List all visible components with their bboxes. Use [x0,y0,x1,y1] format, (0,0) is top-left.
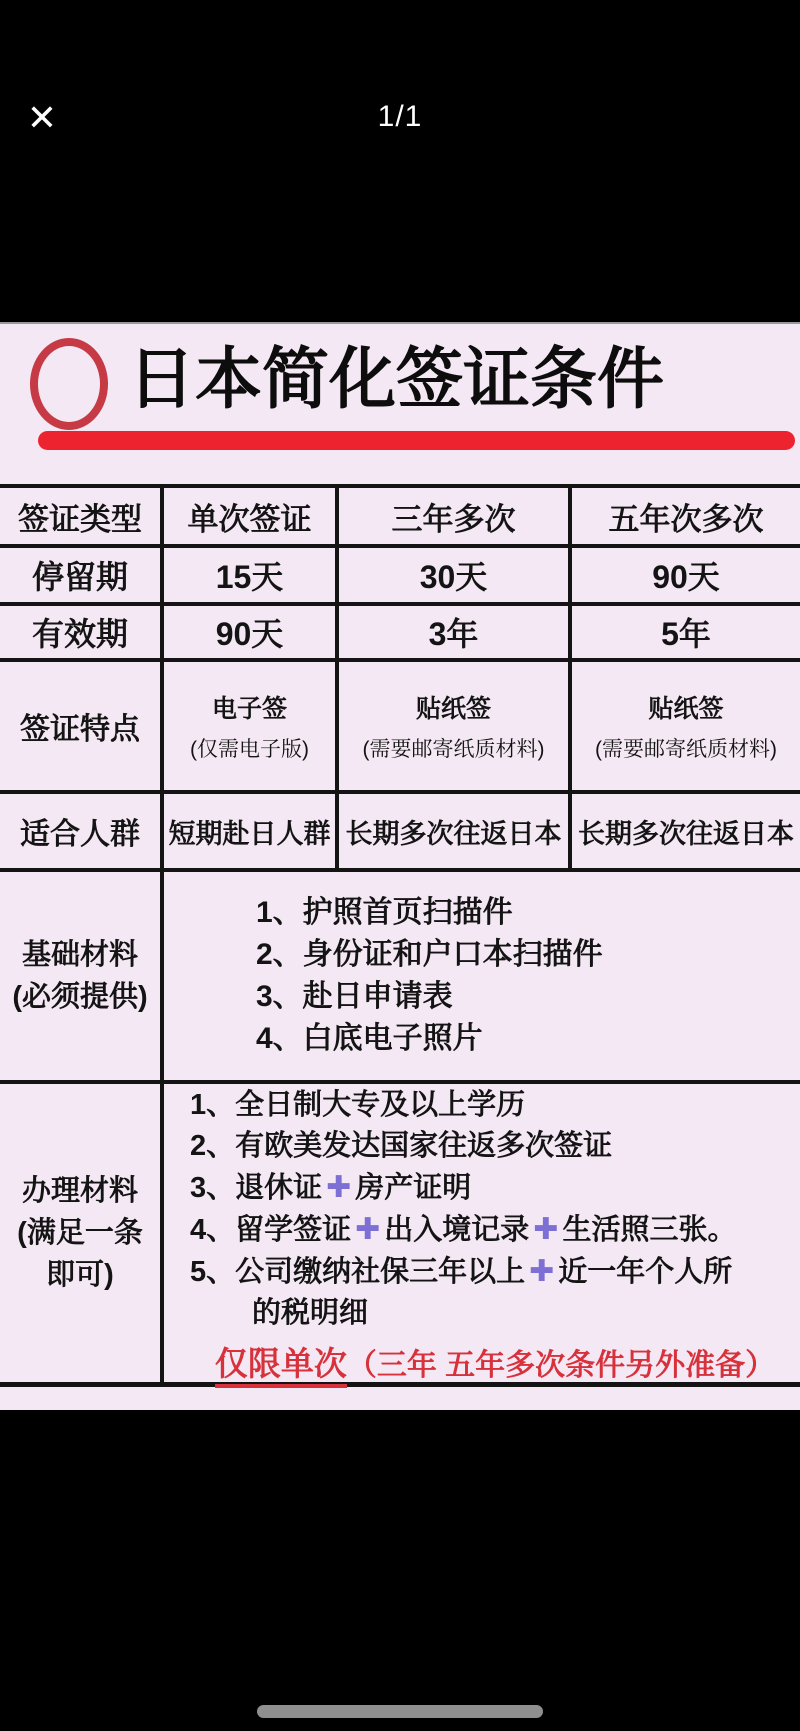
row-label: 签证特点 [0,662,160,790]
viewer-bottom-bar [0,1410,800,1731]
cell-five-year: 五年次多次 [568,488,800,544]
table-row: 适合人群 短期赴日人群 长期多次往返日本 长期多次往返日本 [0,790,800,868]
basic-materials-list: 1、护照首页扫描件 2、身份证和户口本扫描件 3、赴日申请表 4、白底电子照片 [160,872,800,1080]
cell-three-year: 贴纸签 (需要邮寄纸质材料) [335,662,568,790]
note-highlight: 仅限单次 [215,1345,347,1388]
home-indicator[interactable] [257,1705,543,1718]
list-item: 3、退休证✚房产证明 [190,1167,800,1209]
table-row: 基础材料 (必须提供) 1、护照首页扫描件 2、身份证和户口本扫描件 3、赴日申… [0,868,800,1080]
row-label: 基础材料 (必须提供) [0,872,160,1080]
item-text: 3、退休证 [190,1172,322,1204]
feature-sub: (需要邮寄纸质材料) [595,733,777,763]
item-text: 生活照三张。 [562,1214,736,1246]
feature-main: 贴纸签 [648,689,723,725]
plus-icon: ✚ [322,1171,355,1204]
row-label: 办理材料 (满足一条 即可) [0,1084,160,1382]
row-label: 有效期 [0,606,160,658]
list-item: 4、留学签证✚出入境记录✚生活照三张。 [190,1209,800,1251]
audience-value: 长期多次往返日本 [578,812,794,851]
list-item: 4、白底电子照片 [256,1018,800,1060]
table-row: 签证类型 单次签证 三年多次 五年次多次 [0,484,800,544]
cell-three-year: 30天 [335,548,568,602]
list-item: 1、护照首页扫描件 [256,892,800,934]
cell-three-year: 3年 [335,606,568,658]
label-line: (满足一条 [17,1212,143,1254]
item-text: 出入境记录 [384,1214,529,1246]
list-item: 1、全日制大专及以上学历 [190,1085,800,1126]
item-text: 房产证明 [355,1172,471,1204]
cell-single: 15天 [160,548,335,602]
table-row: 有效期 90天 3年 5年 [0,602,800,658]
item-text: 5、公司缴纳社保三年以上 [190,1256,525,1288]
label-line: 办理材料 [22,1170,138,1212]
page-indicator: 1/1 [0,100,800,134]
feature-sub: (仅需电子版) [190,733,309,763]
table-row: 停留期 15天 30天 90天 [0,544,800,602]
table-row: 签证特点 电子签 (仅需电子版) 贴纸签 (需要邮寄纸质材料) 贴纸签 (需要邮… [0,658,800,790]
poster-title: 日本简化签证条件 [128,326,800,422]
cell-five-year: 5年 [568,606,800,658]
audience-value: 长期多次往返日本 [346,812,562,851]
cell-single: 短期赴日人群 [160,794,335,868]
list-item-continuation: 的税明细 [190,1293,800,1334]
feature-sub: (需要邮寄纸质材料) [363,733,545,763]
row-label: 签证类型 [0,488,160,544]
cell-single: 单次签证 [160,488,335,544]
cell-three-year: 长期多次往返日本 [335,794,568,868]
poster-title-row: 日本简化签证条件 [0,332,800,432]
cell-three-year: 三年多次 [335,488,568,544]
plus-icon: ✚ [351,1213,384,1246]
red-circle-icon [30,338,108,430]
plus-icon: ✚ [529,1213,562,1246]
feature-main: 电子签 [212,689,287,725]
cell-five-year: 贴纸签 (需要邮寄纸质材料) [568,662,800,790]
label-line: 基础材料 [22,934,138,976]
plus-icon: ✚ [525,1255,558,1288]
viewer-top-bar: ✕ 1/1 [0,0,800,322]
cell-single: 90天 [160,606,335,658]
item-text: 4、留学签证 [190,1214,351,1246]
list-item: 3、赴日申请表 [256,976,800,1018]
single-entry-note: 仅限单次（三年 五年多次条件另外准备） [190,1338,800,1385]
note-detail: （三年 五年多次条件另外准备） [347,1349,775,1382]
list-item: 2、有欧美发达国家往返多次签证 [190,1126,800,1167]
table-row: 办理材料 (满足一条 即可) 1、全日制大专及以上学历 2、有欧美发达国家往返多… [0,1080,800,1387]
list-item: 2、身份证和户口本扫描件 [256,934,800,976]
apply-materials-list: 1、全日制大专及以上学历 2、有欧美发达国家往返多次签证 3、退休证✚房产证明 … [160,1084,800,1382]
item-text: 近一年个人所 [558,1256,732,1288]
row-label: 停留期 [0,548,160,602]
cell-single: 电子签 (仅需电子版) [160,662,335,790]
cell-five-year: 长期多次往返日本 [568,794,800,868]
list-item: 5、公司缴纳社保三年以上✚近一年个人所 [190,1251,800,1293]
feature-main: 贴纸签 [416,689,491,725]
visa-poster-image[interactable]: 日本简化签证条件 签证类型 单次签证 三年多次 五年次多次 停留期 15天 30… [0,322,800,1410]
title-underline-bar [38,431,795,450]
audience-value: 短期赴日人群 [169,812,331,851]
visa-table: 签证类型 单次签证 三年多次 五年次多次 停留期 15天 30天 90天 有效期… [0,484,800,1387]
label-line: 即可) [46,1254,114,1296]
row-label: 适合人群 [0,794,160,868]
cell-five-year: 90天 [568,548,800,602]
label-line: (必须提供) [12,976,147,1018]
